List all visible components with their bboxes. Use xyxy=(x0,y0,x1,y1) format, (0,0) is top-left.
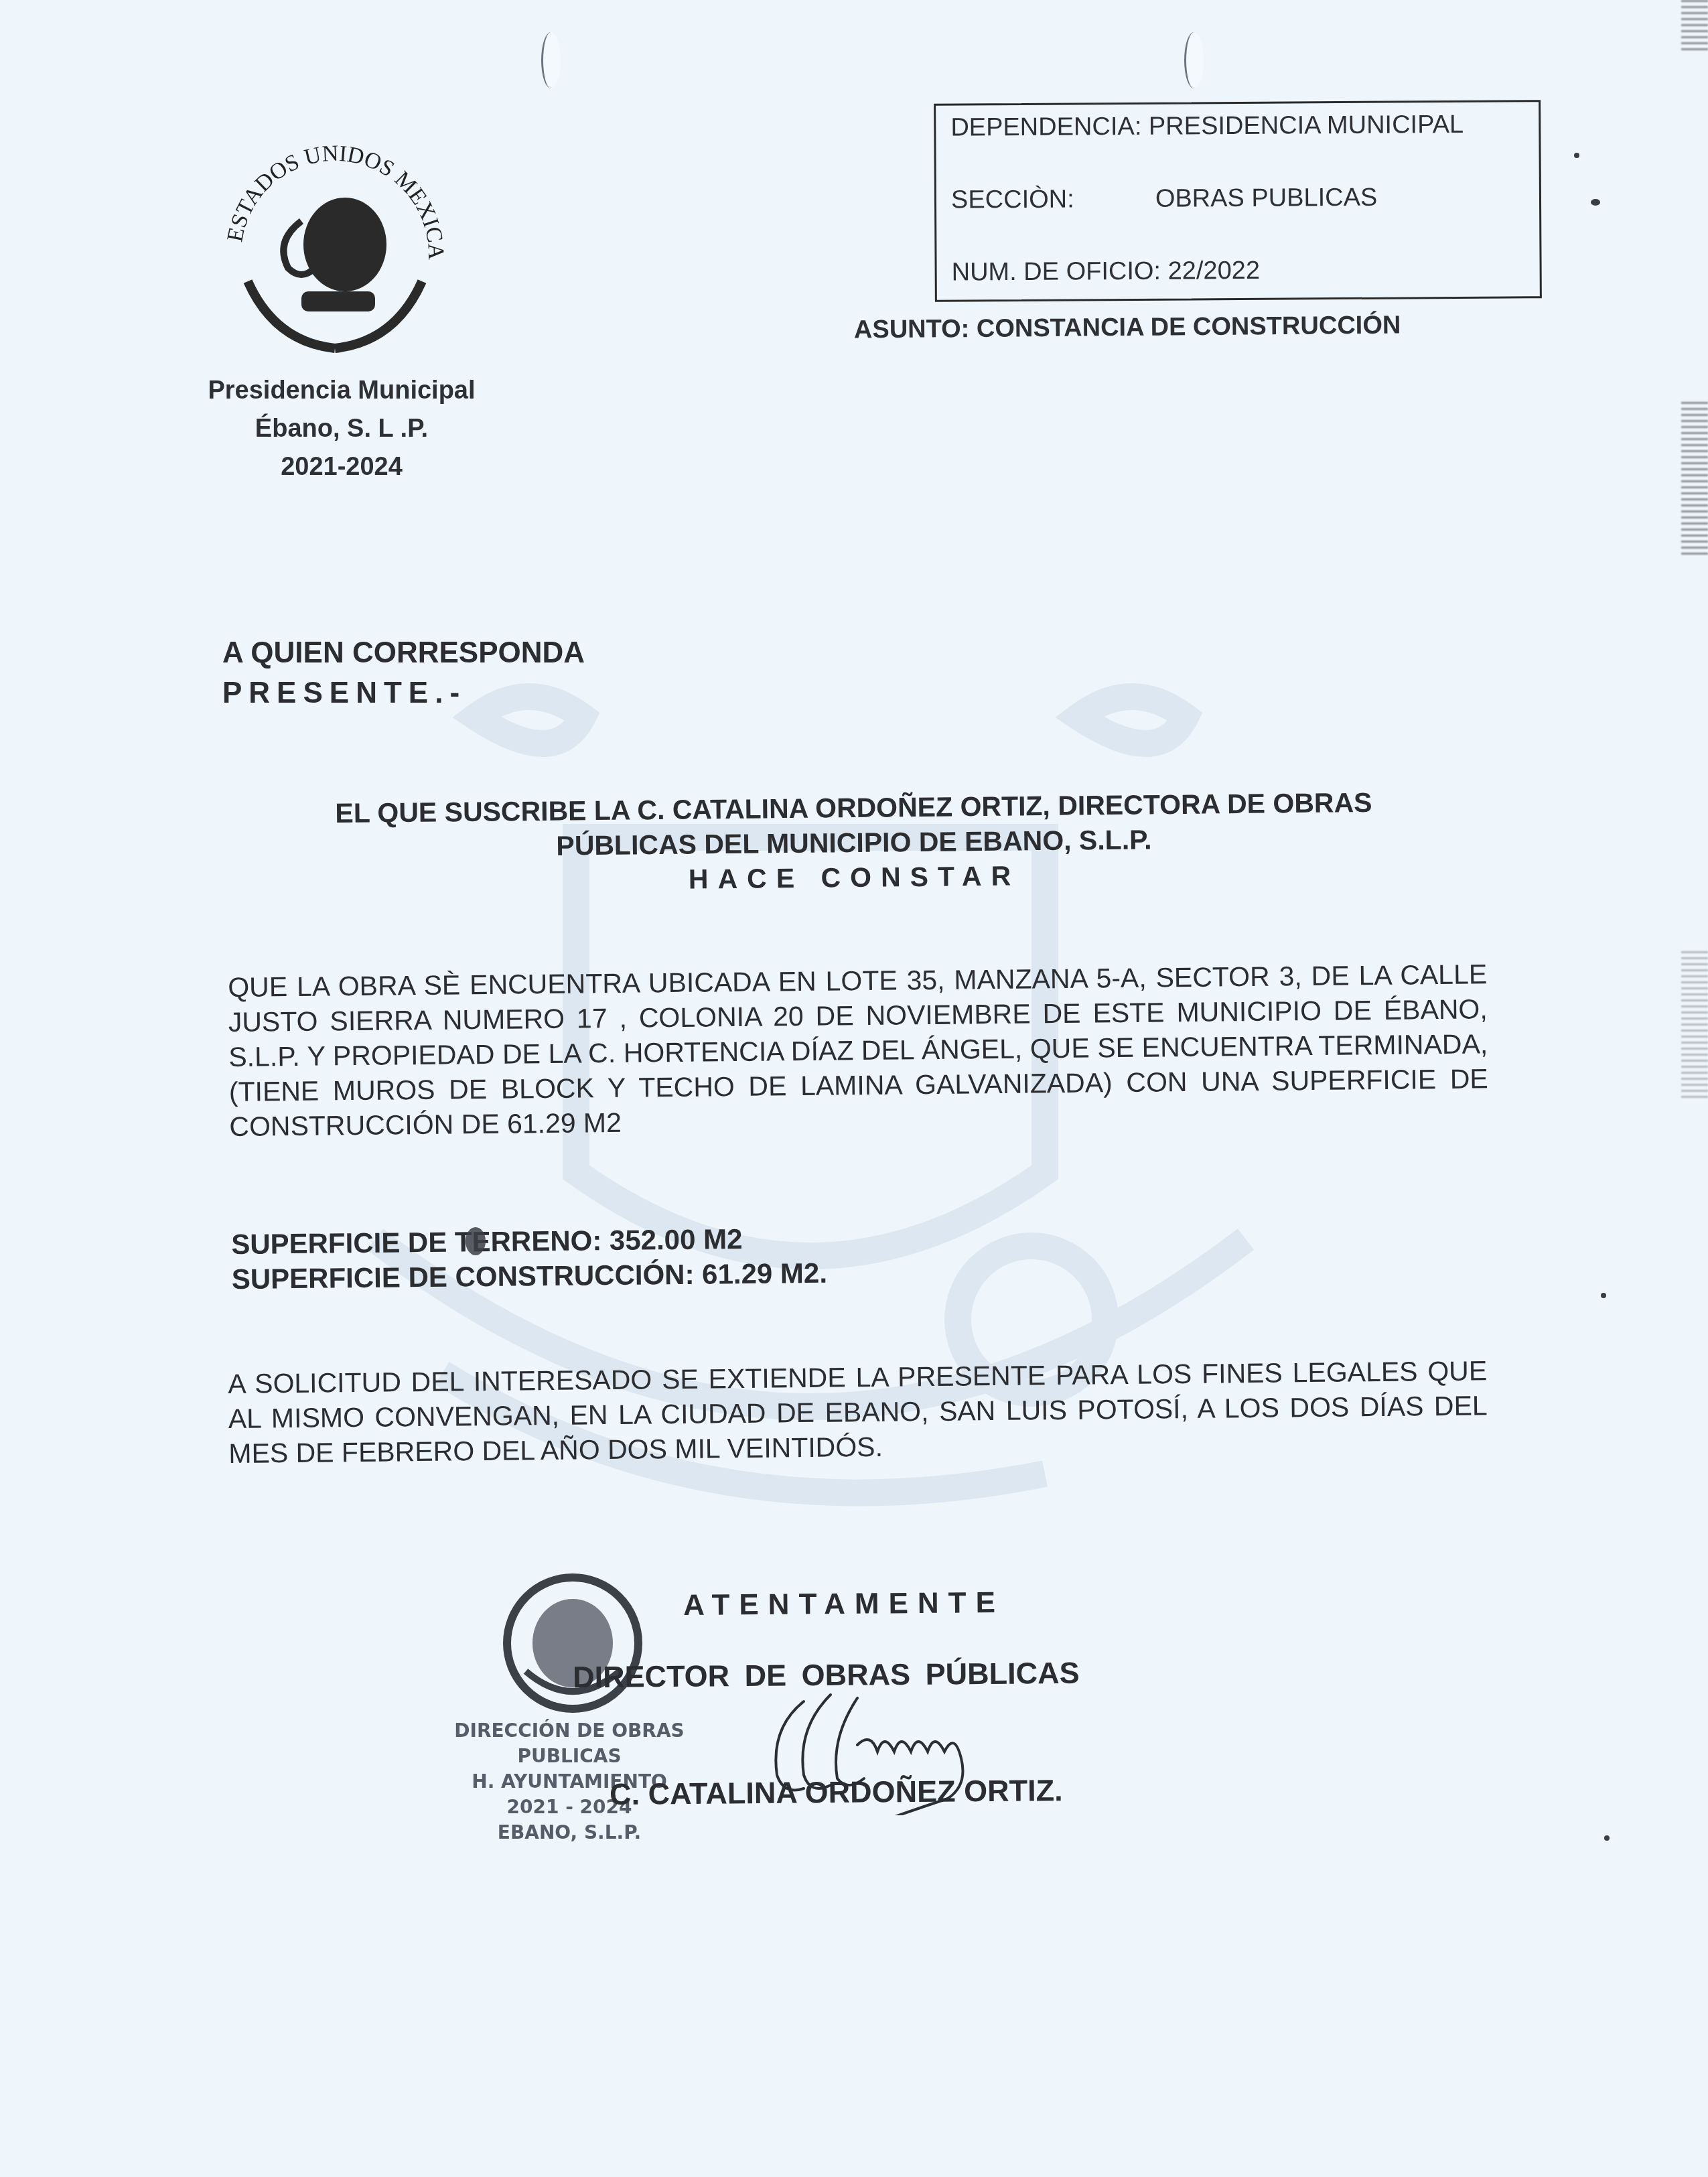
stamp-line: DIRECCIÓN DE OBRAS xyxy=(429,1718,710,1744)
caption-line: Ébano, S. L .P. xyxy=(181,410,502,448)
dependencia-value: PRESIDENCIA MUNICIPAL xyxy=(1149,111,1464,141)
ink-blot xyxy=(466,1227,486,1255)
construction-surface-label: SUPERFICIE DE CONSTRUCCIÓN: xyxy=(232,1259,695,1295)
presente-line: PRESENTE.- xyxy=(222,673,585,713)
scan-edge-noise xyxy=(1681,402,1708,556)
document-page: ESTADOS UNIDOS MEXICANOS Presidencia Mun… xyxy=(0,0,1708,2177)
oficio-line: NUM. DE OFICIO: 22/2022 xyxy=(952,257,1261,287)
punch-hole xyxy=(1184,32,1204,88)
scan-edge-noise xyxy=(1681,951,1708,1099)
caption-line: Presidencia Municipal xyxy=(181,372,502,410)
land-surface-line: SUPERFICIE DE TERRENO: 352.00 M2 xyxy=(231,1221,827,1262)
closing-paragraph: A SOLICITUD DEL INTERESADO SE EXTIENDE L… xyxy=(228,1353,1488,1471)
stamp-line: EBANO, S.L.P. xyxy=(429,1820,710,1845)
land-surface-value: 352.00 M2 xyxy=(610,1223,743,1256)
dependencia-label: DEPENDENCIA: xyxy=(950,113,1141,142)
subject-line: ASUNTO: CONSTANCIA DE CONSTRUCCIÓN xyxy=(854,311,1401,344)
construction-surface-line: SUPERFICIE DE CONSTRUCCIÓN: 61.29 M2. xyxy=(232,1256,828,1297)
stamp-line: PUBLICAS xyxy=(429,1744,710,1769)
office-info-box: DEPENDENCIA: PRESIDENCIA MUNICIPAL SECCI… xyxy=(934,100,1542,302)
seccion-label: SECCIÒN: xyxy=(951,185,1074,214)
construction-surface-value: 61.29 M2. xyxy=(702,1257,827,1290)
oficio-label: NUM. DE OFICIO: xyxy=(952,257,1161,287)
scan-edge-noise xyxy=(1681,0,1708,54)
surface-summary: SUPERFICIE DE TERRENO: 352.00 M2 SUPERFI… xyxy=(231,1221,827,1297)
municipality-caption: Presidencia Municipal Ébano, S. L .P. 20… xyxy=(181,372,502,486)
closing-salutation: ATENTAMENTE xyxy=(683,1586,1005,1622)
signer-name: C. CATALINA ORDOÑEZ ORTIZ. xyxy=(610,1773,1063,1812)
scan-speck xyxy=(1591,199,1600,206)
scan-speck xyxy=(1604,1835,1610,1841)
seccion-line: SECCIÒN: OBRAS PUBLICAS xyxy=(951,184,1378,215)
dependencia-line: DEPENDENCIA: PRESIDENCIA MUNICIPAL xyxy=(950,111,1464,143)
seccion-value: OBRAS PUBLICAS xyxy=(1155,184,1378,213)
scan-speck xyxy=(1574,153,1579,158)
property-description-paragraph: QUE LA OBRA SÈ ENCUENTRA UBICADA EN LOTE… xyxy=(228,957,1489,1144)
scan-speck xyxy=(1601,1293,1606,1298)
addressee-line: A QUIEN CORRESPONDA xyxy=(222,633,585,673)
punch-hole xyxy=(541,32,561,88)
land-surface-label: SUPERFICIE DE TERRENO: xyxy=(231,1224,602,1260)
mexican-coat-of-arms-icon: ESTADOS UNIDOS MEXICANOS xyxy=(201,121,469,362)
oficio-value: 22/2022 xyxy=(1168,257,1261,285)
addressee: A QUIEN CORRESPONDA PRESENTE.- xyxy=(222,633,585,713)
intro-heading: EL QUE SUSCRIBE LA C. CATALINA ORDOÑEZ O… xyxy=(244,784,1464,901)
caption-line: 2021-2024 xyxy=(181,448,502,486)
